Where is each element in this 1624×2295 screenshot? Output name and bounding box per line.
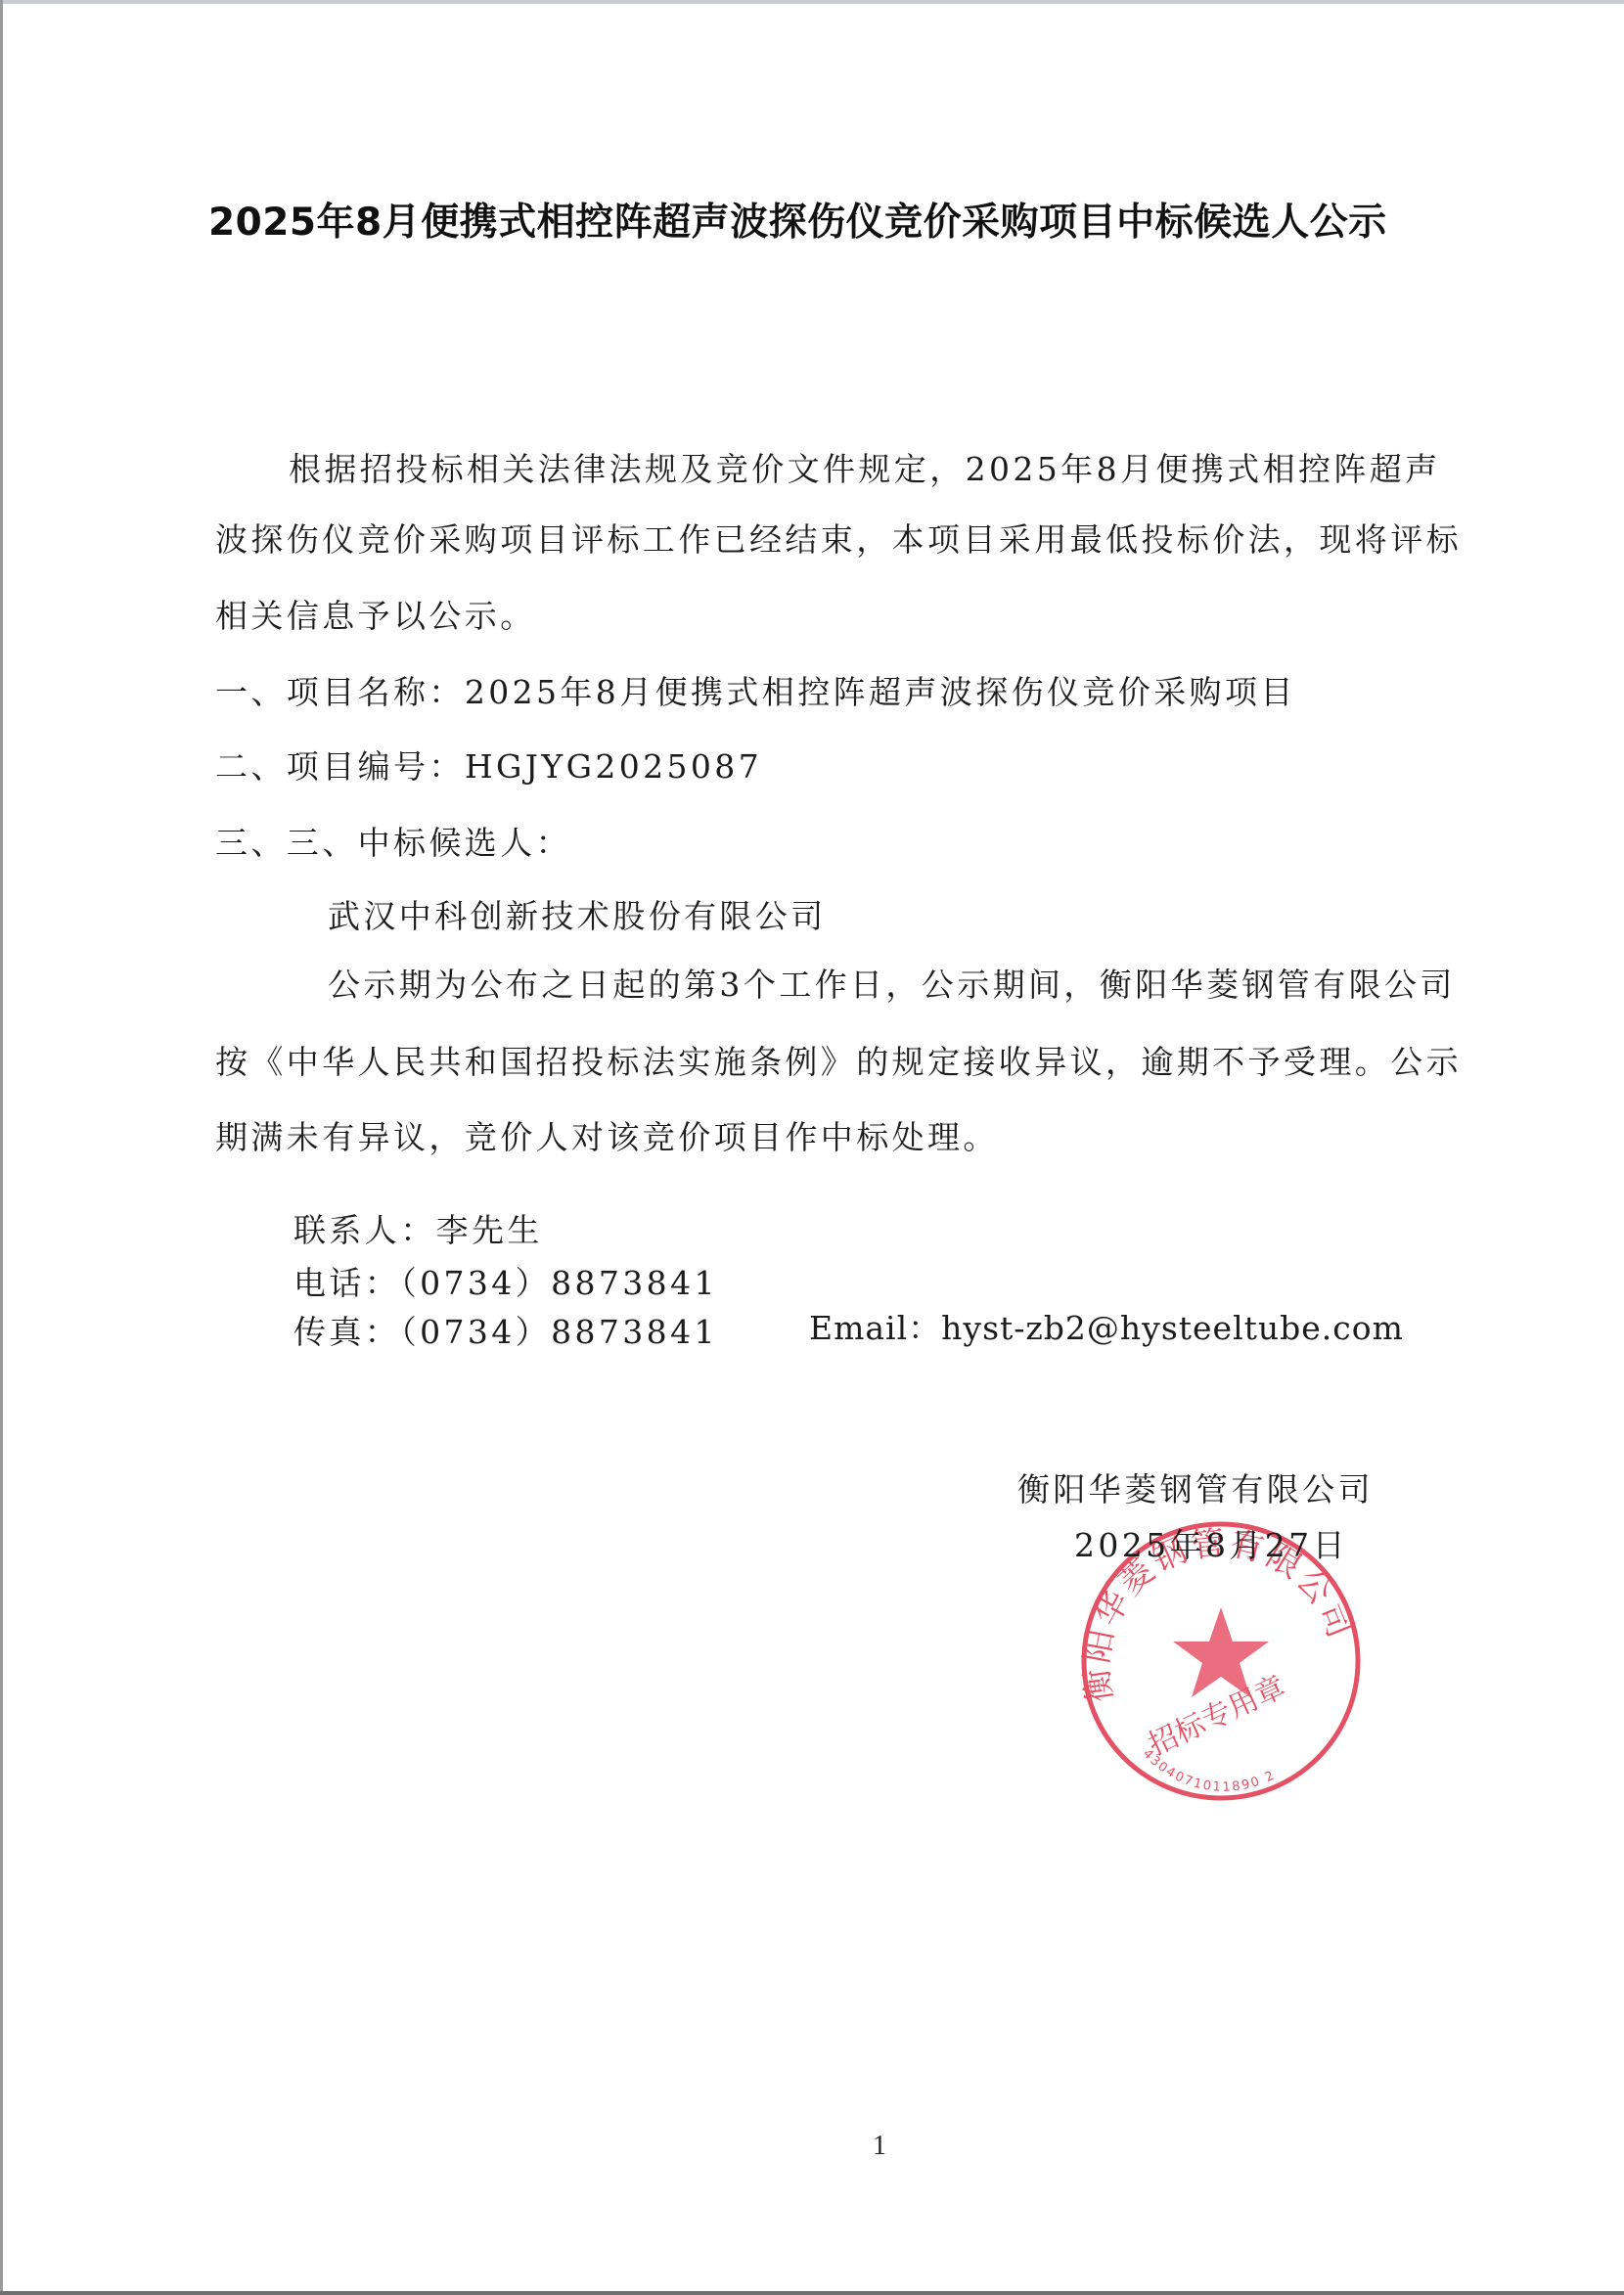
contact-email-label: Email：: [809, 1309, 941, 1347]
contact-email-value[interactable]: hyst-zb2@hysteeltube.com: [941, 1309, 1404, 1347]
stamp-inner-text: 招标专用章: [1144, 1670, 1291, 1763]
contact-fax-value: （0734）8873841: [400, 1313, 718, 1351]
intro-line-2: 波探伤仪竞价采购项目评标工作已经结束，本项目采用最低投标价法，现将评标: [215, 520, 1462, 560]
stamp-star-icon: [1173, 1607, 1269, 1697]
item-project-name: 一、项目名称：2025年8月便携式相控阵超声波探伤仪竞价采购项目: [215, 673, 1296, 712]
intro-line-1: 根据招投标相关法律法规及竞价文件规定，2025年8月便携式相控阵超声: [289, 450, 1441, 489]
page-number: 1: [873, 2131, 886, 2162]
notice-line-1: 公示期为公布之日起的第3个工作日，公示期间，衡阳华菱钢管有限公司: [328, 966, 1456, 1005]
item-candidate-label: 三、三、中标候选人：: [215, 824, 571, 863]
item-project-number: 二、项目编号：HGJYG2025087: [215, 747, 762, 787]
contact-fax: 传真：（0734）8873841: [293, 1313, 718, 1352]
signature-company: 衡阳华菱钢管有限公司: [1017, 1470, 1374, 1509]
notice-line-2: 按《中华人民共和国招投标法实施条例》的规定接收异议，逾期不予受理。公示: [215, 1043, 1462, 1082]
svg-text:4304071011890 2: 4304071011890 2: [1140, 1746, 1279, 1794]
contact-person: 联系人：李先生: [293, 1211, 543, 1250]
document-title: 2025年8月便携式相控阵超声波探伤仪竞价采购项目中标候选人公示: [208, 192, 1524, 247]
item-project-number-label: 二、项目编号：: [215, 747, 465, 786]
notice-line-3: 期满未有异议，竞价人对该竞价项目作中标处理。: [215, 1118, 999, 1157]
item-project-number-value: HGJYG2025087: [465, 747, 762, 786]
stamp-code: 4304071011890 2: [1140, 1746, 1279, 1794]
page-edge-left: [0, 0, 3, 2295]
contact-fax-label: 传真：: [293, 1313, 400, 1351]
page-edge-top: [0, 0, 1624, 4]
contact-phone-label: 电话：: [293, 1264, 400, 1302]
contact-person-value: 李先生: [436, 1211, 543, 1249]
contact-person-label: 联系人：: [293, 1211, 436, 1249]
contact-email: Email：hyst-zb2@hysteeltube.com: [809, 1309, 1404, 1348]
contact-phone-value: （0734）8873841: [400, 1264, 718, 1302]
page-edge-bottom: [0, 2291, 1624, 2295]
item-project-name-value: 2025年8月便携式相控阵超声波探伤仪竞价采购项目: [465, 673, 1296, 711]
intro-line-3: 相关信息予以公示。: [215, 597, 536, 636]
contact-phone: 电话：（0734）8873841: [293, 1264, 718, 1303]
item-project-name-label: 一、项目名称：: [215, 673, 465, 711]
winning-candidate: 武汉中科创新技术股份有限公司: [328, 897, 827, 936]
signature-date: 2025年8月27日: [1074, 1526, 1348, 1565]
